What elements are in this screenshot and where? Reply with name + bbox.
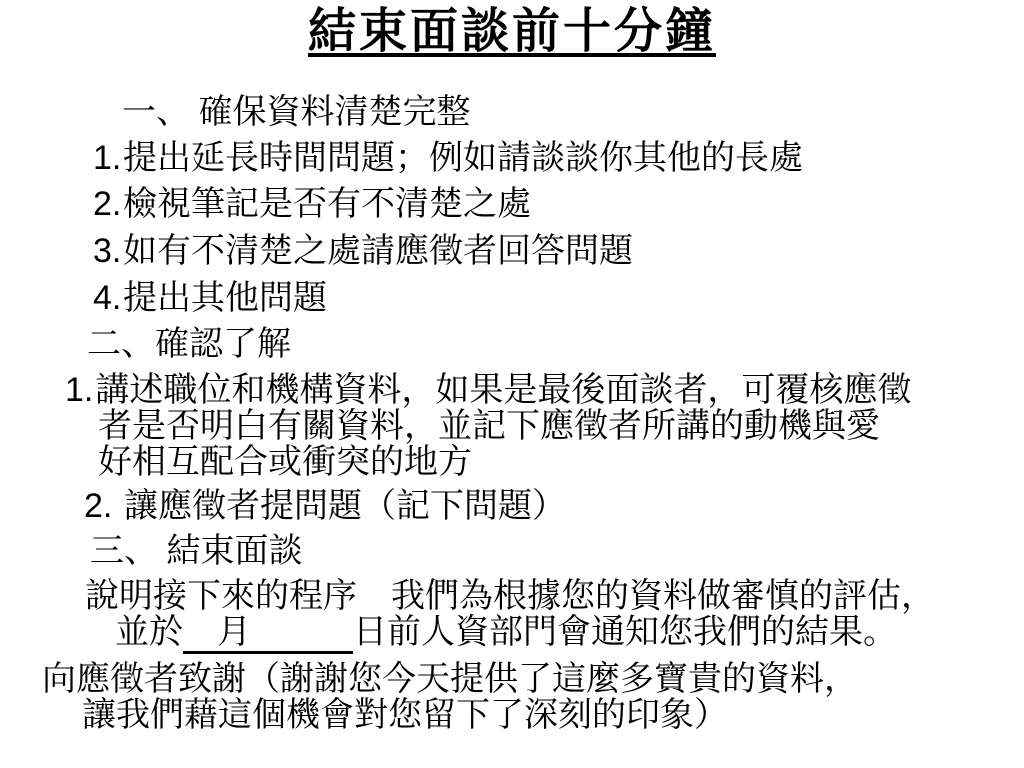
section-1-item-1: 1.提出延長時間問題；例如請談談你其他的長處 (93, 140, 1024, 177)
thanks-paragraph: 向應徵者致謝（謝謝您今天提供了這麼多寶貴的資料， 讓我們藉這個機會對您留下了深刻… (0, 661, 1024, 733)
slide-body: 一、 確保資料清楚完整 1.提出延長時間問題；例如請談談你其他的長處 2.檢視筆… (0, 95, 1024, 733)
item-number: 2. (93, 186, 123, 222)
item-text: 讓應徵者提問題（記下問題） (124, 488, 566, 525)
item-text: 講述職位和機構資料，如果是最後面談者，可覆核應徵 (95, 372, 911, 409)
procedure-line-2-prefix: 並於 (115, 614, 183, 651)
section-2-item-2: 2.讓應徵者提問題（記下問題） (84, 488, 1024, 525)
thanks-line-1: 向應徵者致謝（謝謝您今天提供了這麼多寶貴的資料， (42, 661, 1024, 697)
section-1-item-4: 4.提出其他問題 (93, 280, 1024, 317)
fill-in-blank-month-day: 月 (183, 614, 353, 654)
section-2-item-1-line-1: 1.講述職位和機構資料，如果是最後面談者，可覆核應徵 (65, 372, 1024, 409)
section-1-heading: 一、 確保資料清楚完整 (122, 95, 1024, 131)
section-1-item-2: 2.檢視筆記是否有不清楚之處 (93, 186, 1024, 223)
section-1-item-3: 3.如有不清楚之處請應徵者回答問題 (93, 233, 1024, 270)
presentation-slide: 結束面談前十分鐘 一、 確保資料清楚完整 1.提出延長時間問題；例如請談談你其他… (0, 0, 1024, 768)
section-3-heading: 三、 結束面談 (90, 534, 1024, 570)
thanks-line-2: 讓我們藉這個機會對您留下了深刻的印象） (82, 697, 1024, 733)
item-text: 提出其他問題 (123, 280, 327, 317)
item-number: 3. (93, 233, 123, 269)
section-2-item-1-line-2: 者是否明白有關資料，並記下應徵者所講的動機與愛 (98, 409, 1024, 445)
item-number: 4. (93, 280, 123, 316)
procedure-line-2: 並於 月 日前人資部門會通知您我們的結果。 (115, 615, 1024, 651)
item-number: 1. (65, 371, 93, 409)
item-number: 2. (84, 488, 124, 524)
item-text: 檢視筆記是否有不清楚之處 (123, 186, 531, 223)
section-2-heading: 二、確認了解 (87, 327, 1024, 363)
slide-title: 結束面談前十分鐘 (0, 0, 1024, 58)
item-number: 1. (93, 140, 123, 176)
section-2-item-1-line-3: 好相互配合或衝突的地方 (98, 445, 1024, 481)
item-text: 如有不清楚之處請應徵者回答問題 (123, 233, 633, 270)
section-2-item-1: 1.講述職位和機構資料，如果是最後面談者，可覆核應徵 者是否明白有關資料，並記下… (0, 372, 1024, 481)
procedure-paragraph: 說明接下來的程序 我們為根據您的資料做審慎的評估， 並於 月 日前人資部門會通知… (0, 579, 1024, 651)
item-text: 提出延長時間問題；例如請談談你其他的長處 (123, 140, 803, 177)
procedure-line-1: 說明接下來的程序 我們為根據您的資料做審慎的評估， (85, 579, 1024, 615)
procedure-line-2-suffix: 日前人資部門會通知您我們的結果。 (353, 614, 897, 651)
